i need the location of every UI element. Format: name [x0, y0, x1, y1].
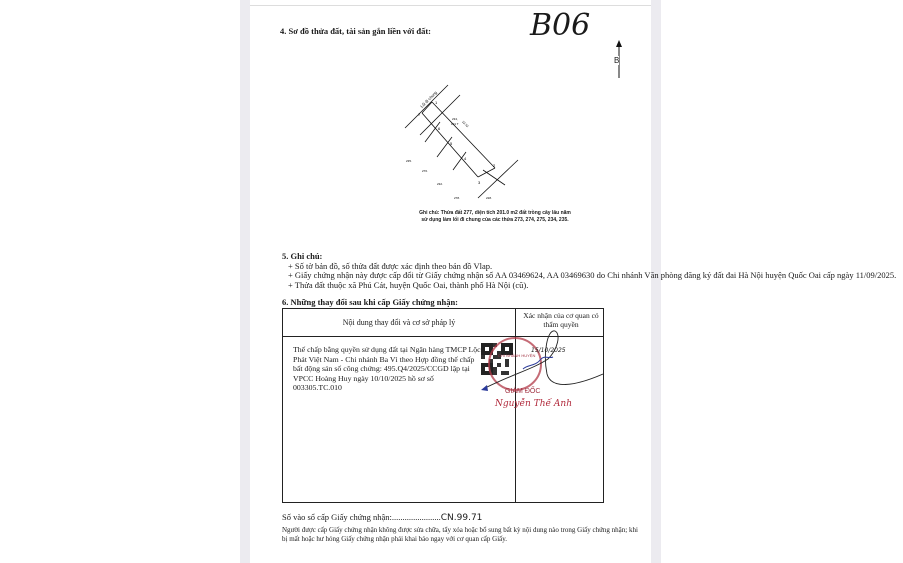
column-header-confirmation: Xác nhận của cơ quan có thẩm quyền: [517, 311, 605, 329]
column-header-content: Nội dung thay đổi và cơ sở pháp lý: [283, 318, 515, 327]
registration-number: Số vào sổ cấp Giấy chứng nhận:..........…: [282, 512, 482, 523]
svg-text:6: 6: [438, 126, 441, 131]
land-plot-diagram: Lối đi chung 1 2 3 4 5 6 7 234, 101 T 22…: [400, 80, 550, 200]
north-label: B: [614, 56, 619, 65]
svg-text:232.: 232.: [437, 182, 443, 186]
svg-text:1: 1: [435, 100, 438, 105]
change-content: Thế chấp bằng quyền sử dụng đất tại Ngân…: [293, 345, 483, 393]
svg-text:234,: 234,: [452, 117, 458, 121]
confirmation-date: 15/10/2025: [531, 347, 566, 354]
registration-label: Số vào sổ cấp Giấy chứng nhận:..........…: [282, 512, 441, 522]
signer-name: Nguyễn Thế Anh: [495, 399, 572, 409]
registration-value: CN.99.71: [441, 513, 483, 523]
section5-notes: 5. Ghi chú: + Số tờ bản đồ, số thửa đất …: [282, 252, 896, 290]
svg-text:228.: 228.: [486, 196, 492, 200]
svg-text:22.52: 22.52: [461, 120, 469, 128]
signer-title: GIÁM ĐỐC: [505, 388, 540, 395]
svg-text:3: 3: [478, 180, 481, 185]
changes-table: Nội dung thay đổi và cơ sở pháp lý Xác n…: [282, 308, 604, 503]
plot-note: Ghi chú: Thửa đất 277, diện tích 201.0 m…: [395, 210, 595, 224]
section6-title: 6. Những thay đổi sau khi cấp Giấy chứng…: [282, 297, 458, 307]
svg-text:5: 5: [450, 141, 453, 146]
svg-text:278.: 278.: [454, 196, 460, 200]
svg-text:4: 4: [464, 156, 467, 161]
section4-title: 4. Sơ đồ thửa đất, tài sản gắn liền với …: [280, 26, 431, 36]
svg-text:101 T: 101 T: [451, 122, 459, 126]
handwritten-code-mark: B06: [530, 8, 590, 43]
footer-note: Người được cấp Giấy chứng nhận không đượ…: [282, 526, 642, 544]
svg-text:235.: 235.: [406, 159, 412, 163]
viewer-gutter-left: [240, 0, 250, 563]
svg-text:2: 2: [493, 163, 496, 168]
svg-text:276.: 276.: [422, 169, 428, 173]
note-item: + Thửa đất thuộc xã Phú Cát, huyện Quốc …: [282, 281, 896, 291]
